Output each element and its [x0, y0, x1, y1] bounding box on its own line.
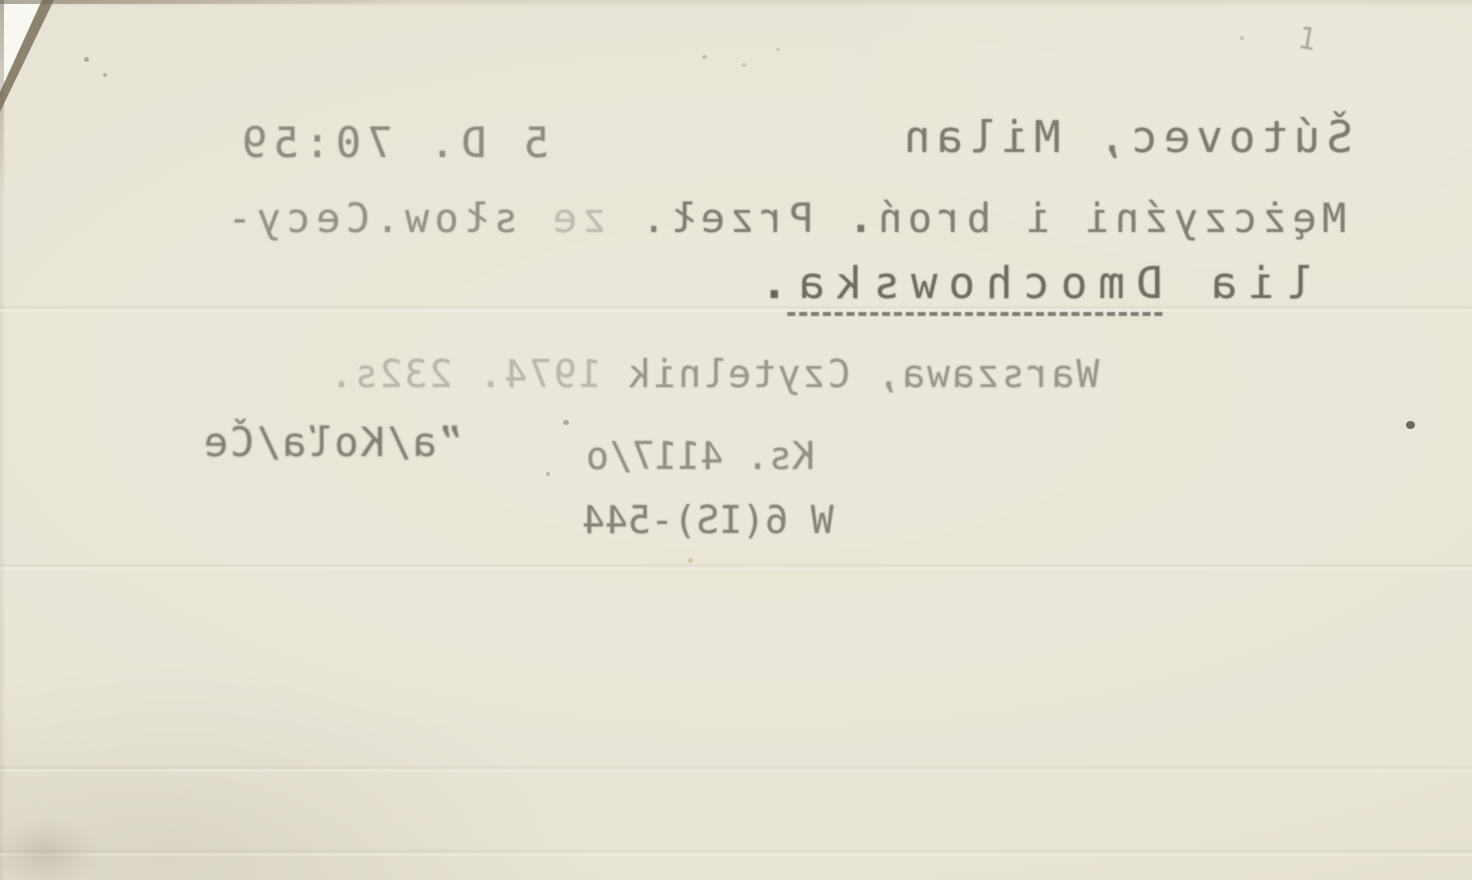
ink-speck	[546, 472, 550, 476]
imprint-year-pages: 1974. 232s.	[328, 352, 602, 396]
title-period: .	[843, 196, 873, 242]
title-main: Mężczyźni i broń	[873, 196, 1346, 242]
processing-annotation: ”a/Koľa/Če	[202, 420, 463, 466]
ink-speck	[688, 558, 693, 563]
translator-surname-underlined: Dmochowska	[788, 258, 1163, 316]
corner-smudge	[0, 818, 100, 880]
ink-speck	[84, 57, 89, 62]
translator-name-line: lia Dmochowska.	[750, 258, 1312, 309]
author-text: Šútovec, Milan	[898, 112, 1353, 163]
shelfmark-text: 5 D. 70:59	[236, 118, 549, 167]
ink-speck	[776, 48, 780, 51]
top-edge-shadow	[0, 0, 420, 4]
imprint-place-publisher: Warszawa, Czytelnik	[602, 352, 1100, 396]
ink-speck	[103, 73, 107, 77]
translator-language: słow.Cecy-	[222, 196, 547, 242]
paper-crease	[0, 850, 1472, 856]
ink-speck	[702, 55, 707, 59]
left-edge-shadow	[0, 0, 4, 190]
classification-signature: W 6(IS)-544	[582, 498, 834, 542]
scanned-catalog-card: 5 D. 70:59 Šútovec, Milan Mężczyźni i br…	[0, 0, 1472, 880]
translator-statement: Przeł.	[607, 196, 844, 242]
pencil-corner-mark: 1	[1295, 21, 1319, 59]
ink-speck	[563, 420, 569, 425]
paper-crease	[0, 766, 1472, 772]
ink-speck	[1406, 421, 1415, 429]
translator-name-prefix: lia	[1162, 258, 1312, 309]
ink-speck	[1240, 36, 1244, 40]
title-line: Mężczyźni i broń. Przeł. ze słow.Cecy-	[222, 196, 1346, 242]
inventory-number: Ks. 4117/o	[586, 434, 815, 478]
ink-speck	[742, 63, 746, 67]
translator-from: ze	[547, 196, 606, 242]
translator-period: .	[750, 258, 788, 309]
imprint-line: Warszawa, Czytelnik 1974. 232s.	[328, 352, 1099, 396]
paper-crease	[0, 564, 1472, 570]
